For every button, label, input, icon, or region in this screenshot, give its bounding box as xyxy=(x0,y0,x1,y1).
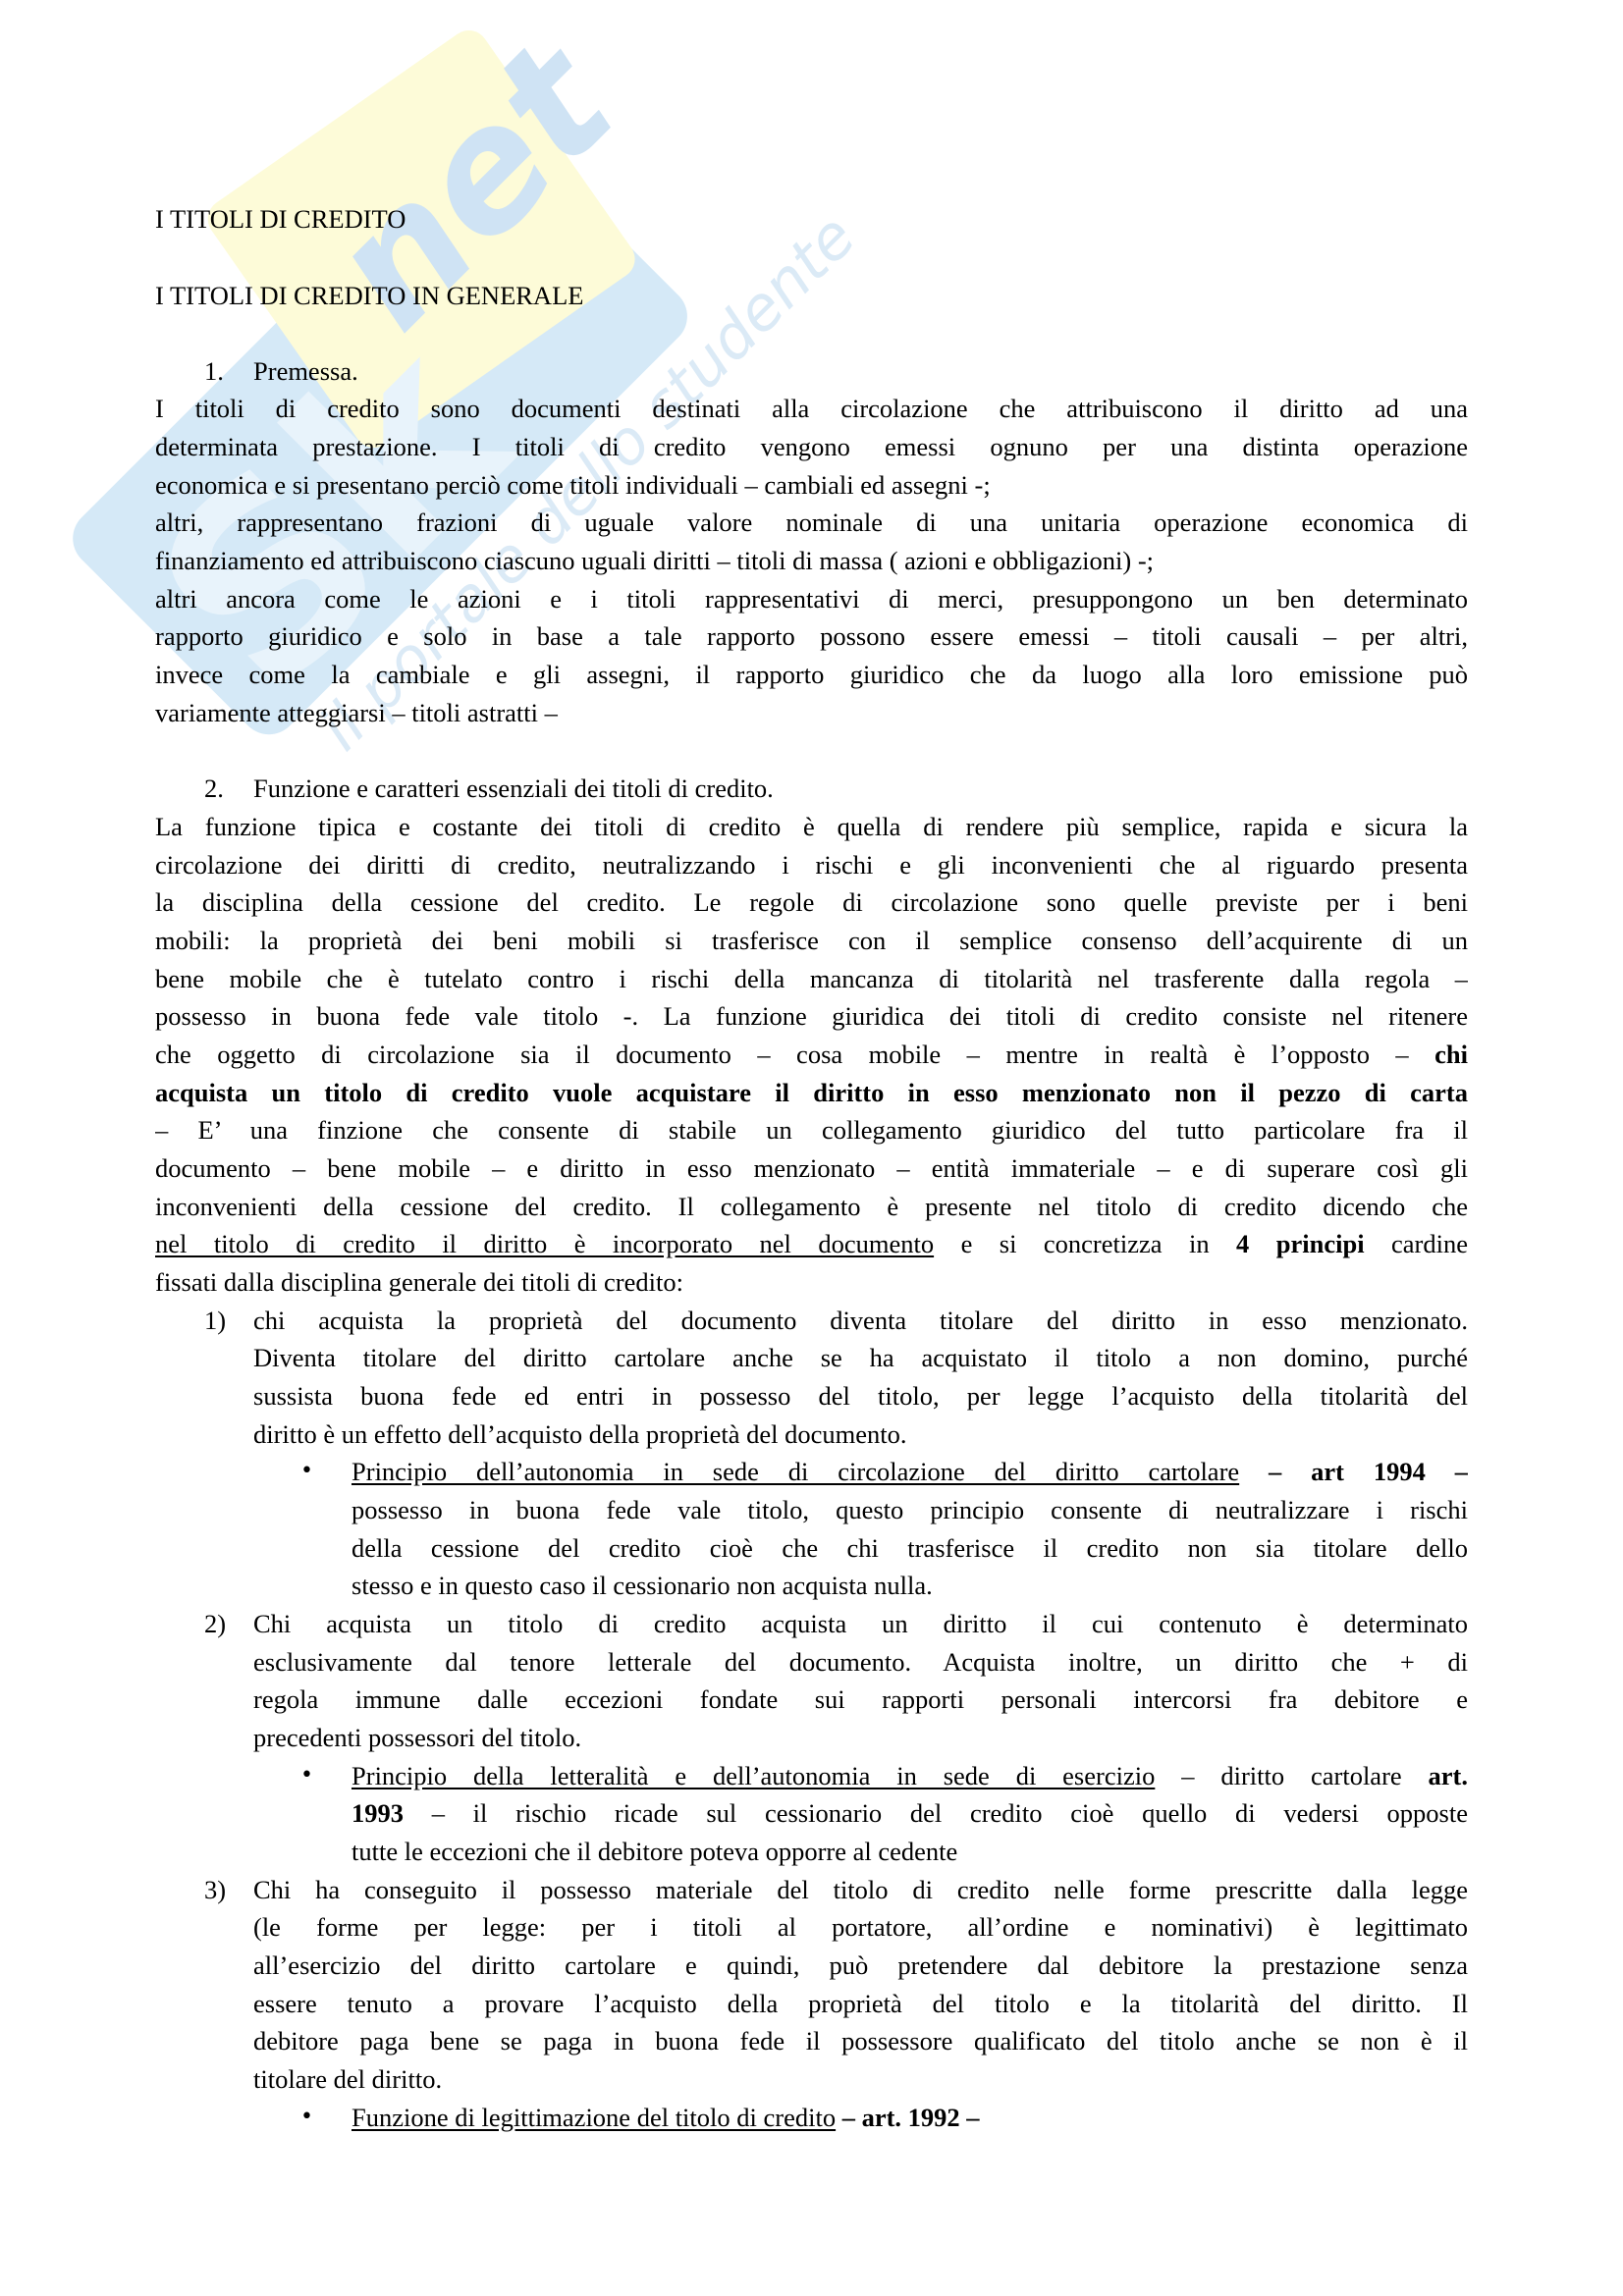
section-number: 2. xyxy=(204,770,224,808)
paragraph-line: variamente atteggiarsi – titoli astratti… xyxy=(155,694,1468,732)
list-item-line: all’esercizio del diritto cartolare e qu… xyxy=(253,1947,1468,1985)
bullet-icon: • xyxy=(300,1453,313,1491)
paragraph-line: altri, rappresentano frazioni di uguale … xyxy=(155,504,1468,542)
paragraph-line: I titoli di credito sono documenti desti… xyxy=(155,390,1468,428)
bullet-line: Principio della letteralità e dell’auton… xyxy=(352,1757,1468,1795)
paragraph-line: documento – bene mobile – e diritto in e… xyxy=(155,1149,1468,1188)
list-item-line: Diventa titolare del diritto cartolare a… xyxy=(253,1339,1468,1377)
section-heading: Premessa. xyxy=(253,352,1468,391)
text-span: e si concretizza in xyxy=(961,1229,1210,1258)
text-span: – il rischio ricade sul cessionario del … xyxy=(432,1798,1468,1828)
list-number: 1) xyxy=(204,1302,226,1340)
list-item-line: diritto è un effetto dell’acquisto della… xyxy=(253,1415,1468,1454)
paragraph-line: finanziamento ed attribuiscono ciascuno … xyxy=(155,542,1468,580)
section-number: 1. xyxy=(204,352,224,391)
paragraph-line: rapporto giuridico e solo in base a tale… xyxy=(155,617,1468,656)
text-span: – diritto cartolare xyxy=(1181,1761,1401,1790)
bullet-line: Funzione di legittimazione del titolo di… xyxy=(352,2099,1468,2137)
list-item-line: chi acquista la proprietà del documento … xyxy=(253,1302,1468,1340)
paragraph-line: fissati dalla disciplina generale dei ti… xyxy=(155,1263,1468,1302)
bold-text: chi xyxy=(1434,1040,1468,1069)
bullet-line: Principio dell’autonomia in sede di circ… xyxy=(352,1453,1468,1491)
section-heading: Funzione e caratteri essenziali dei tito… xyxy=(253,770,1468,808)
list-item-line: essere tenuto a provare l’acquisto della… xyxy=(253,1985,1468,2023)
list-item-line: sussista buona fede ed entri in possesso… xyxy=(253,1377,1468,1415)
underlined-text: nel titolo di credito il diritto è incor… xyxy=(155,1229,934,1258)
paragraph-line: circolazione dei diritti di credito, neu… xyxy=(155,846,1468,884)
list-item-line: esclusivamente dal tenore letterale del … xyxy=(253,1643,1468,1682)
paragraph-line: – E’ una finzione che consente di stabil… xyxy=(155,1111,1468,1149)
paragraph-line: la disciplina della cessione del credito… xyxy=(155,883,1468,922)
bullet-icon: • xyxy=(300,1757,313,1795)
bold-text: acquista un titolo di credito vuole acqu… xyxy=(155,1078,1468,1107)
bold-text: 1993 xyxy=(352,1798,404,1828)
document-title: I TITOLI DI CREDITO xyxy=(155,200,1468,239)
paragraph-line: mobili: la proprietà dei beni mobili si … xyxy=(155,922,1468,960)
bold-text: art. xyxy=(1429,1761,1468,1790)
paragraph-line: La funzione tipica e costante dei titoli… xyxy=(155,808,1468,846)
document-subtitle: I TITOLI DI CREDITO IN GENERALE xyxy=(155,277,1468,315)
list-item-line: debitore paga bene se paga in buona fede… xyxy=(253,2022,1468,2060)
list-item-line: (le forme per legge: per i titoli al por… xyxy=(253,1908,1468,1947)
bold-text: – art 1994 – xyxy=(1269,1457,1468,1486)
paragraph-line: economica e si presentano perciò come ti… xyxy=(155,466,1468,505)
bold-text: 4 principi xyxy=(1236,1229,1365,1258)
paragraph-line: possesso in buona fede vale titolo -. La… xyxy=(155,997,1468,1036)
paragraph-line: determinata prestazione. I titoli di cre… xyxy=(155,428,1468,466)
bullet-icon: • xyxy=(300,2099,313,2137)
list-number: 3) xyxy=(204,1871,226,1909)
paragraph-line: che oggetto di circolazione sia il docum… xyxy=(155,1036,1468,1074)
list-item-line: precedenti possessori del titolo. xyxy=(253,1719,1468,1757)
underlined-text: Principio della letteralità e dell’auton… xyxy=(352,1761,1155,1790)
document-page: I TITOLI DI CREDITO I TITOLI DI CREDITO … xyxy=(0,0,1623,2296)
list-number: 2) xyxy=(204,1605,226,1643)
list-item-line: Chi acquista un titolo di credito acquis… xyxy=(253,1605,1468,1643)
bullet-line: tutte le eccezioni che il debitore potev… xyxy=(352,1833,1468,1871)
text-span: che oggetto di circolazione sia il docum… xyxy=(155,1040,1409,1069)
paragraph-line: bene mobile che è tutelato contro i risc… xyxy=(155,960,1468,998)
paragraph-line-bold: acquista un titolo di credito vuole acqu… xyxy=(155,1074,1468,1112)
underlined-text: Funzione di legittimazione del titolo di… xyxy=(352,2103,836,2132)
paragraph-line: nel titolo di credito il diritto è incor… xyxy=(155,1225,1468,1263)
bullet-line: della cessione del credito cioè che chi … xyxy=(352,1529,1468,1568)
bullet-line: 1993 – il rischio ricade sul cessionario… xyxy=(352,1794,1468,1833)
list-item-line: regola immune dalle eccezioni fondate su… xyxy=(253,1681,1468,1719)
bullet-line: stesso e in questo caso il cessionario n… xyxy=(352,1567,1468,1605)
list-item-line: Chi ha conseguito il possesso materiale … xyxy=(253,1871,1468,1909)
bullet-line: possesso in buona fede vale titolo, ques… xyxy=(352,1491,1468,1529)
list-item-line: titolare del diritto. xyxy=(253,2060,1468,2099)
underlined-text: Principio dell’autonomia in sede di circ… xyxy=(352,1457,1239,1486)
text-span: cardine xyxy=(1391,1229,1468,1258)
paragraph-line: invece come la cambiale e gli assegni, i… xyxy=(155,656,1468,694)
bold-text: – art. 1992 – xyxy=(842,2103,980,2132)
paragraph-line: inconvenienti della cessione del credito… xyxy=(155,1188,1468,1226)
paragraph-line: altri ancora come le azioni e i titoli r… xyxy=(155,580,1468,618)
